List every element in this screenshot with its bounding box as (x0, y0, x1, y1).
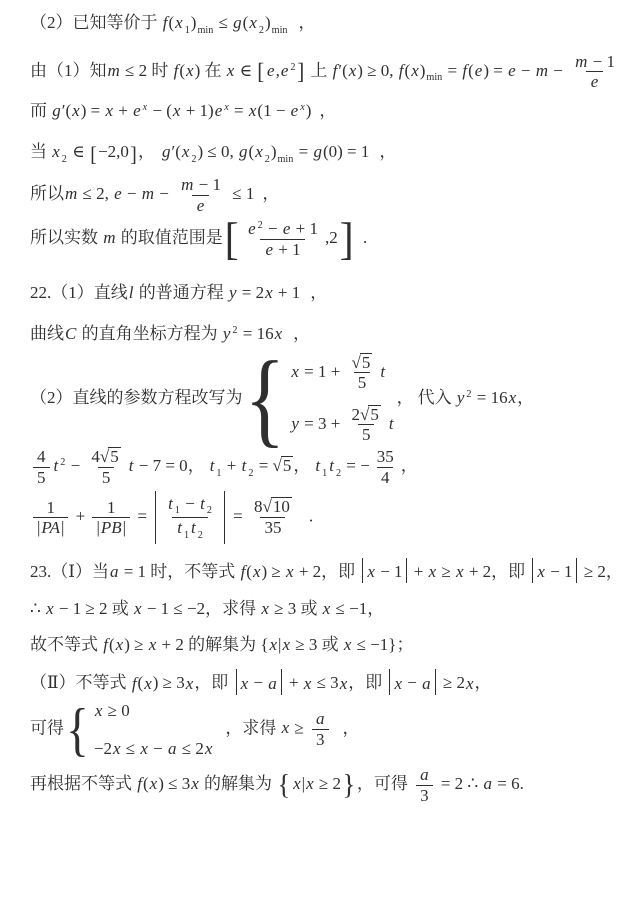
math-variable: x (185, 61, 195, 80)
math-variable: x (248, 13, 258, 32)
text-run: . (309, 506, 313, 525)
fraction: e2 − e + 1e + 1 (243, 219, 322, 259)
fraction: m − 1e (176, 175, 225, 215)
math-variable: a (421, 674, 432, 693)
superscript: 2 (289, 62, 296, 73)
text-run: ， (188, 456, 205, 475)
text-run: − (155, 184, 173, 203)
text-run: ( (143, 774, 149, 793)
stretchy-vertical-bar (224, 491, 225, 544)
math-variable: t (388, 414, 395, 433)
text-run: = 1 + (300, 362, 345, 381)
text-run: ≤ 1 (228, 184, 254, 203)
text-run: ， (293, 456, 310, 475)
superscript: 2 (257, 220, 264, 231)
text-run: ′( (338, 61, 347, 80)
text-run: − (403, 674, 421, 693)
absolute-value-bar (281, 669, 282, 695)
line-22-2-pa-pb: 1|PA| + 1|PB| = t1 − t2t1t2 = 8√1035. (30, 491, 607, 544)
math-variable: a (419, 765, 430, 784)
math-variable: x (348, 61, 358, 80)
text-run: (1 − (257, 101, 289, 120)
subscript: 2 (197, 530, 204, 541)
subscript: 1 (184, 25, 191, 36)
subscript: 2 (61, 154, 68, 165)
text-run: − 1 (546, 562, 573, 581)
math-variable: t (128, 456, 135, 475)
text-run: ) ≤ 3 (158, 774, 190, 793)
fraction: 1|PB| (92, 498, 130, 538)
denominator: e + 1 (260, 239, 304, 260)
math-variable: x (226, 61, 236, 80)
text-run: ) = (483, 61, 507, 80)
math-variable: x (508, 388, 518, 407)
text-run: − 1 (588, 52, 615, 71)
text-run: (0) = 1 (323, 142, 369, 161)
text-run: 所以实数 (30, 228, 102, 247)
text-run: + 2 的解集为 { (157, 635, 268, 654)
text-run: 4 (91, 447, 100, 466)
text-run: + (71, 506, 89, 525)
math-variable: e (247, 219, 257, 238)
text-run: 22.（1）直线 (30, 283, 128, 302)
math-variable: x (204, 739, 214, 758)
text-run: − 1 ≥ 2 或 (55, 599, 133, 618)
fraction: 8√1035 (250, 497, 296, 537)
subscript: min (196, 25, 214, 36)
line-23-2-conclusion: 再根据不等式 f(x) ≤ 3x 的解集为 {x|x ≥ 2}，可得 a3 = … (30, 765, 607, 805)
text-run: . (363, 228, 367, 247)
math-variable: e (282, 219, 292, 238)
text-run: ≥ 2 (439, 674, 465, 693)
math-variable: x (174, 13, 184, 32)
math-variable: f (131, 674, 138, 693)
text-run: = (230, 101, 248, 120)
math-variable: t (176, 518, 183, 537)
radical: √10 (263, 497, 292, 517)
text-run: − 1 (194, 175, 221, 194)
subscript: 2 (335, 468, 342, 479)
text-run: 5 (102, 468, 111, 487)
math-variable: x (51, 142, 61, 161)
line-21-2-g-min: 当 x2 ∈ [−2,0]，g′(x2) ≤ 0, g(x2)min = g(0… (30, 139, 607, 167)
math-variable: g (312, 142, 323, 161)
text-run: ,2 (325, 228, 338, 247)
text-run: ≤ 2, (78, 184, 113, 203)
math-variable: m (107, 61, 121, 80)
text-run: ≤ −1， (331, 599, 384, 618)
math-variable: m (574, 52, 588, 71)
line-22-1-curve-eq: 曲线C 的直角坐标方程为 y2 = 16x， (30, 321, 607, 347)
text-run: （2）已知等价于 (30, 13, 162, 32)
subscript: 1 (183, 530, 190, 541)
math-variable: x (240, 674, 250, 693)
text-run: | (123, 518, 126, 537)
absolute-value-bar (435, 669, 436, 695)
subscript: 1 (215, 468, 222, 479)
text-run: − ( (148, 101, 172, 120)
math-variable: e (196, 196, 206, 215)
line-22-2-quadratic: 45t2 − 4√55t − 7 = 0，t1 + t2 = √5，t1t2 =… (30, 447, 607, 487)
line-21-2-m-inequality: 所以m ≤ 2, e − m − m − 1e ≤ 1， (30, 175, 607, 215)
text-run: ) ≥ (124, 635, 148, 654)
case-rows: x ≥ 0−2x ≤ x − a ≤ 2x (94, 698, 214, 761)
text-run: 8 (254, 497, 263, 516)
math-variable: x (181, 142, 191, 161)
text-run: 的取值范围是 (117, 228, 223, 247)
text-run: ， (401, 456, 418, 475)
math-variable: e (590, 72, 600, 91)
fraction: a3 (311, 709, 330, 749)
radicand: 10 (271, 497, 292, 517)
math-variable: x (410, 61, 420, 80)
absolute-value-bar (236, 669, 237, 695)
text-run: （Ⅱ）不等式 (30, 674, 131, 693)
fraction: 1|PA| (33, 498, 68, 538)
math-variable: x (139, 739, 149, 758)
subscript: 1 (174, 505, 181, 516)
math-variable: x (281, 718, 291, 737)
fraction: t1 − t2t1t2 (163, 494, 217, 542)
math-variable: y (222, 324, 232, 343)
line-23-1-solution-set: 故不等式 f(x) ≥ x + 2 的解集为 {x|x ≥ 3 或 x ≤ −1… (30, 632, 607, 658)
text-run: + 1 (291, 219, 318, 238)
radicand: 5 (281, 456, 294, 476)
math-variable: x (264, 283, 274, 302)
radicand: 5 (368, 405, 381, 425)
text-run: ≤ 2 时 (121, 61, 173, 80)
text-run: 5 (358, 373, 367, 392)
numerator: a (415, 765, 434, 785)
math-variable: m (64, 184, 78, 203)
math-variable: x (303, 674, 313, 693)
math-variable: x (339, 674, 349, 693)
case-row: y = 3 + 2√55t (290, 405, 394, 445)
text-run: （2）直线的参数方程改写为 (30, 388, 243, 407)
math-variable: x (260, 599, 270, 618)
text-run: ， (397, 388, 414, 407)
math-variable: g (51, 101, 62, 120)
text-run: ≥ 3 或 (291, 635, 343, 654)
text-run: ≤ −1}； (352, 635, 413, 654)
text-run: 由（1）知 (30, 61, 107, 80)
math-variable: x (536, 562, 546, 581)
denominator: 4 (377, 467, 394, 488)
text-run: = 2 (238, 283, 265, 302)
math-variable: x (148, 635, 158, 654)
denominator: |PB| (92, 517, 130, 538)
text-run: 5 (283, 456, 292, 475)
equation-system: {x = 1 + √55ty = 3 + 2√55t (245, 353, 395, 445)
text-run: + 1 (274, 240, 301, 259)
math-variable: f (398, 61, 405, 80)
subscript: min (277, 154, 295, 165)
absolute-value-bar (389, 669, 390, 695)
text-run: + 1) (181, 101, 213, 120)
math-variable: x (252, 562, 262, 581)
math-variable: a (109, 562, 120, 581)
text-run: 5 (362, 353, 371, 372)
case-row: −2x ≤ x − a ≤ 2x (94, 736, 214, 762)
text-run: − (517, 61, 535, 80)
fraction: m − 1e (570, 52, 619, 92)
absolute-value-bar (532, 558, 533, 584)
text-run: = 1 时，不等式 (119, 562, 239, 581)
line-22-2-parametric: （2）直线的参数方程改写为{x = 1 + √55ty = 3 + 2√55t，… (30, 353, 607, 445)
line-23-2-system: 可得{x ≥ 0−2x ≤ x − a ≤ 2x，求得 x ≥ a3， (30, 698, 607, 761)
math-variable: g (232, 13, 243, 32)
line-21-2-g-derivative: 而 g′(x) = x + ex − (x + 1)ex = x(1 − ex)… (30, 98, 607, 124)
text-run: 4 (37, 447, 46, 466)
text-run: ∈ (235, 61, 256, 80)
text-run: 35 (377, 447, 394, 466)
radical: √5 (360, 405, 381, 425)
subscript: 2 (264, 154, 271, 165)
math-variable: x (290, 362, 300, 381)
fraction: √55 (348, 353, 377, 393)
text-run: = 2 ∴ (437, 774, 483, 793)
case-row: x = 1 + √55t (290, 353, 386, 393)
text-run: 5 (110, 447, 119, 466)
math-variable: m (180, 175, 194, 194)
text-run: = (294, 142, 312, 161)
text-run: ) (271, 142, 277, 161)
text-run: − 7 = 0 (135, 456, 188, 475)
fraction: 45 (33, 447, 50, 487)
math-variable: x (465, 674, 475, 693)
math-variable: e (290, 101, 300, 120)
text-run: ， (475, 674, 492, 693)
text-run: 的普通方程 (134, 283, 228, 302)
text-run: = 6. (493, 774, 524, 793)
math-variable: x (393, 674, 403, 693)
line-21-2-m-range: 所以实数 m 的取值范围是[e2 − e + 1e + 1,2]. (30, 219, 607, 259)
math-variable: x (143, 674, 153, 693)
text-run: ) 在 (195, 61, 226, 80)
math-variable: f (136, 774, 143, 793)
math-variable: g (161, 142, 172, 161)
denominator: 5 (358, 424, 375, 445)
text-run: 当 (30, 142, 51, 161)
radical: √5 (352, 353, 373, 373)
text-run: ≥ (290, 718, 308, 737)
math-variable: PB (100, 518, 123, 537)
math-variable: x (248, 101, 258, 120)
text-run: ≤ 2 (177, 739, 203, 758)
subscript: 2 (190, 154, 197, 165)
document-page: （2）已知等价于 f(x1)min ≤ g(x2)min， 由（1）知m ≤ 2… (0, 0, 625, 805)
text-run: − (264, 219, 282, 238)
text-run: + (114, 101, 132, 120)
text-run: ) ≥ (262, 562, 286, 581)
text-run: 5 (362, 425, 371, 444)
text-run: | (61, 518, 64, 537)
text-run: ，即 (348, 674, 386, 693)
text-run: ，可得 (357, 774, 412, 793)
case-rows: x = 1 + √55ty = 3 + 2√55t (290, 353, 394, 445)
text-run: −2,0 (98, 142, 129, 161)
numerator: m − 1 (570, 52, 619, 72)
math-variable: g (238, 142, 249, 161)
text-run: = 3 + (300, 414, 345, 433)
math-variable: x (292, 774, 302, 793)
math-variable: e (214, 101, 224, 120)
math-variable: e (280, 61, 290, 80)
math-variable: x (45, 599, 55, 618)
subscript: min (425, 72, 443, 83)
text-run: ， (262, 184, 279, 203)
text-run: ， (379, 142, 396, 161)
math-variable: m (535, 61, 549, 80)
math-variable: t (379, 362, 386, 381)
text-run: ，即 (194, 674, 232, 693)
text-run: ) = (81, 101, 105, 120)
line-21-2-f-min: 由（1）知m ≤ 2 时 f(x) 在 x ∈ [e,e2] 上 f′(x) ≥… (30, 52, 607, 92)
math-variable: e (113, 184, 123, 203)
text-run: 4 (381, 468, 390, 487)
text-run: 可得 (30, 718, 64, 737)
text-run: ( (468, 61, 474, 80)
math-variable: x (112, 739, 122, 758)
text-run: ∈ (68, 142, 89, 161)
text-run: ∴ (30, 599, 45, 618)
text-run: 再根据不等式 (30, 774, 136, 793)
text-run: − (123, 184, 141, 203)
text-run: 的直角坐标方程为 (77, 324, 222, 343)
numerator: 4 (33, 447, 50, 467)
text-run: − 1 (376, 562, 403, 581)
math-variable: x (281, 635, 291, 654)
line-23-1-case: 23.（Ⅰ）当a = 1 时，不等式 f(x) ≥ x + 2，即 x − 1 … (30, 558, 607, 585)
text-run: 35 (264, 518, 281, 537)
text-run: 代入 (418, 388, 456, 407)
text-run: 1 (46, 498, 55, 517)
text-run: 5 (370, 405, 379, 424)
math-variable: y (456, 388, 466, 407)
denominator: 5 (98, 467, 115, 488)
numerator: 8√10 (250, 497, 296, 517)
text-run: − 1 ≤ −2，求得 (143, 599, 261, 618)
math-variable: x (94, 701, 104, 720)
line-23-2-case: （Ⅱ）不等式 f(x) ≥ 3x，即 x − a + x ≤ 3x，即 x − … (30, 669, 607, 696)
math-variable: x (322, 599, 332, 618)
text-run: + 1 (274, 283, 301, 302)
math-variable: e (474, 61, 484, 80)
math-variable: e (507, 61, 517, 80)
text-run: ≤ (122, 739, 140, 758)
text-run: ) ≥ 0, (357, 61, 398, 80)
text-run: = (254, 456, 272, 475)
math-variable: x (285, 562, 295, 581)
math-variable: m (141, 184, 155, 203)
text-run: ≥ 2， (580, 562, 623, 581)
math-variable: x (254, 142, 264, 161)
math-variable: m (102, 228, 116, 247)
math-variable: x (185, 674, 195, 693)
math-variable: x (343, 635, 353, 654)
fraction: 354 (373, 447, 398, 487)
text-run: 上 (306, 61, 332, 80)
superscript: 2 (465, 389, 472, 400)
math-variable: x (71, 101, 81, 120)
text-run: ， (299, 13, 316, 32)
text-run: + (223, 456, 241, 475)
radical: √5 (100, 447, 121, 467)
line-23-1-solve: ∴ x − 1 ≥ 2 或 x − 1 ≤ −2，求得 x ≥ 3 或 x ≤ … (30, 596, 607, 622)
text-run: ) ≤ 0, (198, 142, 239, 161)
text-run: ( (109, 635, 115, 654)
text-run: + 2，即 (295, 562, 360, 581)
text-run: ′( (171, 142, 180, 161)
subscript: min (271, 25, 289, 36)
text-run: − (249, 674, 267, 693)
math-variable: a (267, 674, 278, 693)
math-variable: f (102, 635, 109, 654)
math-variable: e (264, 240, 274, 259)
stretchy-vertical-bar (155, 491, 156, 544)
text-run: = − (342, 456, 370, 475)
text-run: ) ≥ 3 (153, 674, 185, 693)
text-run: ≤ 3 (312, 674, 338, 693)
text-run: 10 (273, 497, 290, 516)
denominator: 3 (312, 729, 329, 750)
text-run: 所以 (30, 184, 64, 203)
math-variable: y (228, 283, 238, 302)
text-run: ， (138, 142, 155, 161)
subscript: 2 (206, 505, 213, 516)
numerator: 1 (103, 498, 120, 518)
text-run: = (443, 61, 461, 80)
math-variable: x (455, 562, 465, 581)
text-run: = (229, 506, 247, 525)
radicand: 5 (108, 447, 121, 467)
denominator: |PA| (33, 517, 68, 538)
text-run: ) (306, 101, 312, 120)
numerator: 2√5 (348, 405, 385, 425)
numerator: a (311, 709, 330, 729)
math-variable: t (328, 456, 335, 475)
text-run: 故不等式 (30, 635, 102, 654)
text-run: ， (310, 283, 327, 302)
math-variable: x (115, 635, 125, 654)
text-run: 而 (30, 101, 51, 120)
math-variable: y (290, 414, 300, 433)
numerator: √5 (348, 353, 377, 373)
radicand: 5 (360, 353, 373, 373)
numerator: e2 − e + 1 (243, 219, 322, 239)
text-run: 23.（Ⅰ）当 (30, 562, 109, 581)
math-variable: t (199, 494, 206, 513)
text-run: 1 (107, 498, 116, 517)
text-run: + (285, 674, 303, 693)
numerator: t1 − t2 (163, 494, 217, 517)
math-variable: a (315, 709, 326, 728)
math-variable: e (132, 101, 142, 120)
math-variable: x (133, 599, 143, 618)
text-run: 5 (37, 468, 46, 487)
radical: √5 (273, 456, 294, 476)
text-run: 的解集为 (200, 774, 277, 793)
numerator: 4√5 (87, 447, 124, 467)
text-run: ≥ (437, 562, 455, 581)
fraction: 4√55 (87, 447, 124, 487)
text-run: −2 (94, 739, 112, 758)
text-run: ≥ 0 (103, 701, 129, 720)
fraction: a3 (415, 765, 434, 805)
text-run: + (410, 562, 428, 581)
denominator: e (192, 195, 210, 216)
text-run: − (149, 739, 167, 758)
